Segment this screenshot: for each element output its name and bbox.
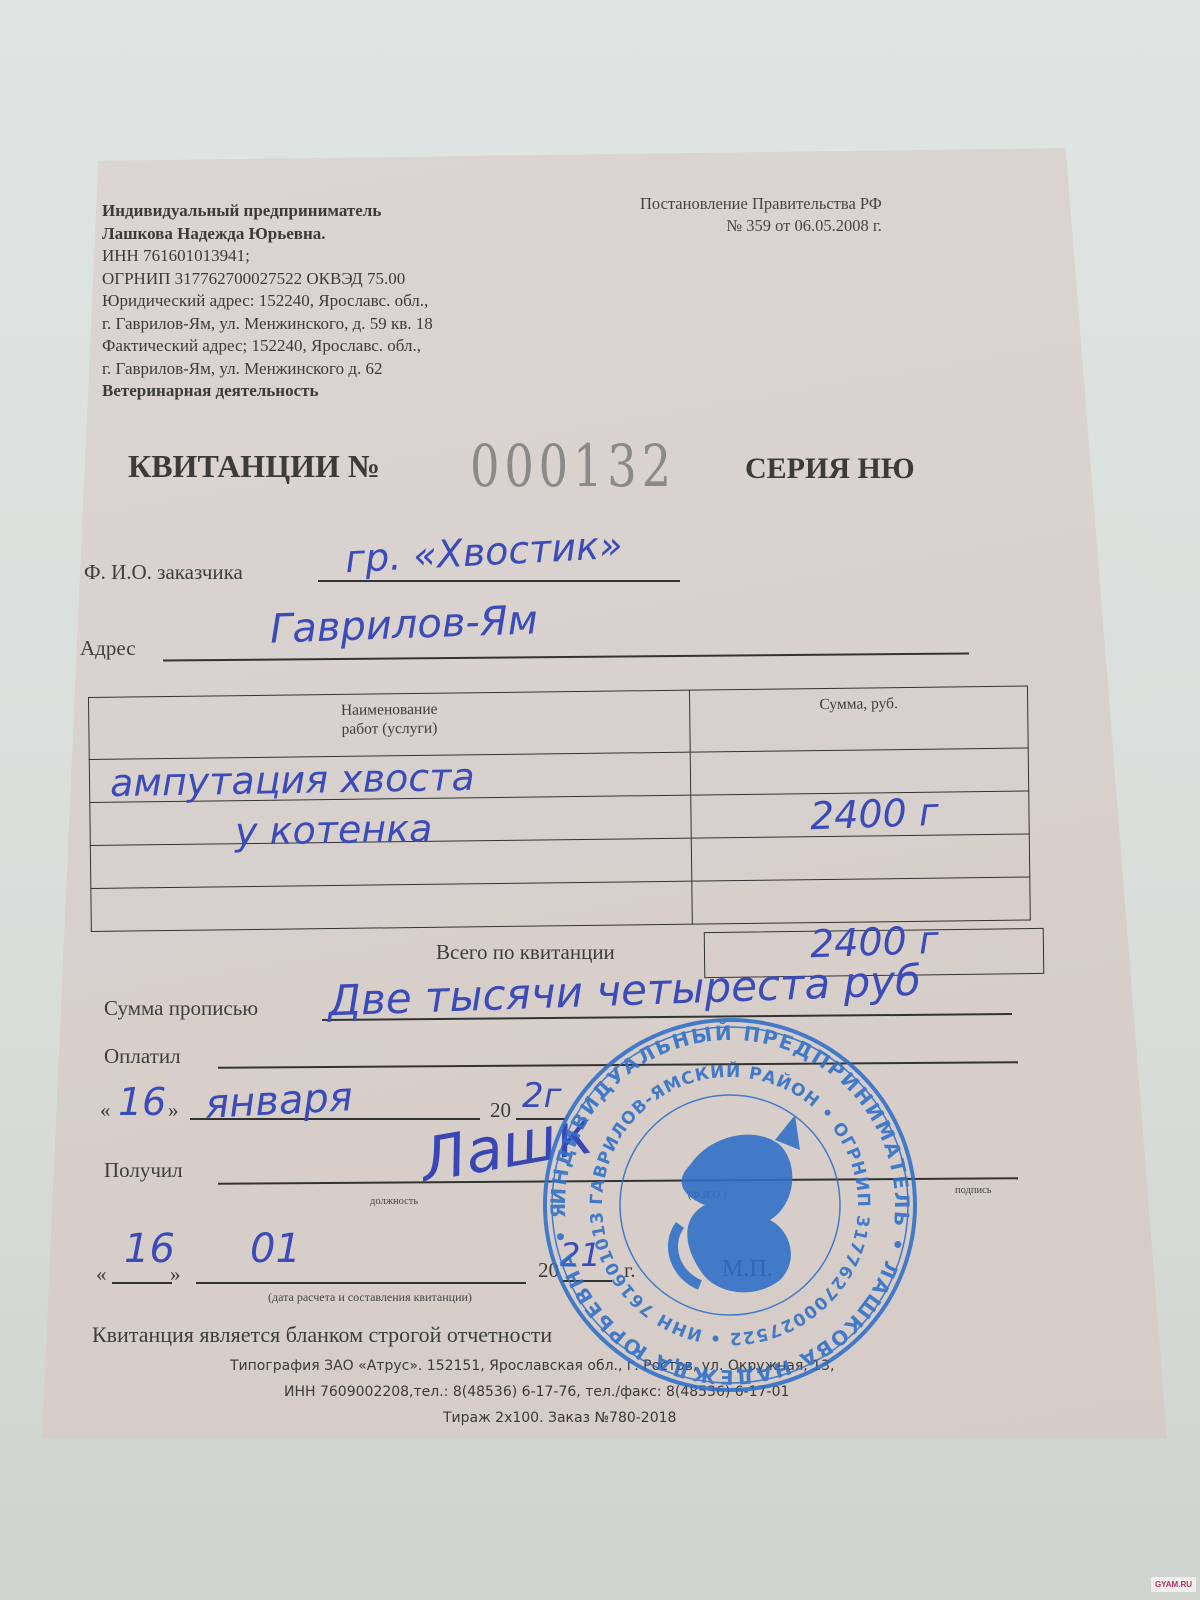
- calc-month-underline: [196, 1282, 526, 1284]
- header-service: Наименование работ (услуги): [89, 690, 691, 759]
- receipt-title: КВИТАНЦИИ №: [128, 448, 380, 485]
- service-cell: [91, 881, 692, 931]
- printer-line-3: Тираж 2х100. Заказ №780-2018: [443, 1410, 676, 1426]
- caption-position: должность: [370, 1196, 418, 1207]
- receipt-number: 000132: [470, 432, 676, 500]
- total-label: Всего по квитанции: [436, 940, 615, 965]
- issuer-legal-address-1: Юридический адрес: 152240, Ярославс. обл…: [102, 290, 433, 313]
- issuer-name: Лашкова Надежда Юрьевна.: [102, 223, 433, 246]
- paid-day: 16: [118, 1080, 166, 1124]
- received-label: Получил: [104, 1158, 183, 1183]
- paid-date-close-quote: »: [168, 1098, 179, 1123]
- strict-reporting-note: Квитанция является бланком строгой отчет…: [92, 1322, 552, 1348]
- calc-month: 01: [250, 1226, 301, 1272]
- issuer-legal-address-2: г. Гаврилов-Ям, ул. Менжинского, д. 59 к…: [102, 313, 433, 336]
- service-row-1: ампутация хвоста: [110, 755, 475, 805]
- round-seal-stamp: ИНДИВИДУАЛЬНЫЙ ПРЕДПРИНИМАТЕЛЬ • ЛАШКОВА…: [540, 1015, 920, 1395]
- stamp-cat-emblem-icon: [673, 1115, 800, 1292]
- caption-signature: подпись: [955, 1185, 992, 1196]
- regulation-line-1: Постановление Правительства РФ: [640, 193, 882, 215]
- calc-day-underline: [112, 1282, 172, 1284]
- customer-underline: [318, 580, 680, 582]
- paid-month: января: [204, 1074, 354, 1128]
- calc-date-open-quote: «: [96, 1262, 107, 1287]
- calc-date-close-quote: »: [170, 1262, 181, 1287]
- issuer-block: Индивидуальный предприниматель Лашкова Н…: [102, 200, 433, 403]
- paid-label: Оплатил: [104, 1044, 181, 1069]
- amount-cell: [690, 748, 1029, 795]
- issuer-inn: ИНН 761601013941;: [102, 245, 433, 268]
- calc-date-caption: (дата расчета и составления квитанции): [268, 1290, 472, 1305]
- issuer-activity: Ветеринарная деятельность: [102, 380, 433, 403]
- amount-cell: [692, 877, 1031, 924]
- watermark: GYAM.RU: [1151, 1577, 1196, 1592]
- issuer-actual-address-1: Фактический адрес; 152240, Ярославс. обл…: [102, 335, 433, 358]
- paid-date-open-quote: «: [100, 1098, 111, 1123]
- issuer-actual-address-2: г. Гаврилов-Ям, ул. Менжинского д. 62: [102, 358, 433, 381]
- photo-background: Индивидуальный предприниматель Лашкова Н…: [0, 0, 1200, 1600]
- regulation-block: Постановление Правительства РФ № 359 от …: [640, 193, 882, 237]
- amount-words-label: Сумма прописью: [104, 996, 258, 1021]
- calc-day: 16: [124, 1226, 175, 1272]
- amount-cell: [691, 834, 1030, 881]
- header-amount: Сумма, руб.: [689, 686, 1028, 752]
- regulation-line-2: № 359 от 06.05.2008 г.: [640, 215, 882, 237]
- customer-label: Ф. И.О. заказчика: [84, 560, 243, 585]
- issuer-type: Индивидуальный предприниматель: [102, 200, 433, 223]
- service-row-2: у котенка: [235, 806, 433, 853]
- issuer-ogrnip: ОГРНИП 317762700027522 ОКВЭД 75.00: [102, 268, 433, 291]
- table-header-row: Наименование работ (услуги) Сумма, руб.: [89, 686, 1029, 759]
- address-value: Гаврилов-Ям: [269, 597, 538, 652]
- amount-row-2: 2400 г: [809, 790, 939, 838]
- address-label: Адрес: [80, 636, 136, 661]
- receipt-series: СЕРИЯ НЮ: [745, 452, 915, 486]
